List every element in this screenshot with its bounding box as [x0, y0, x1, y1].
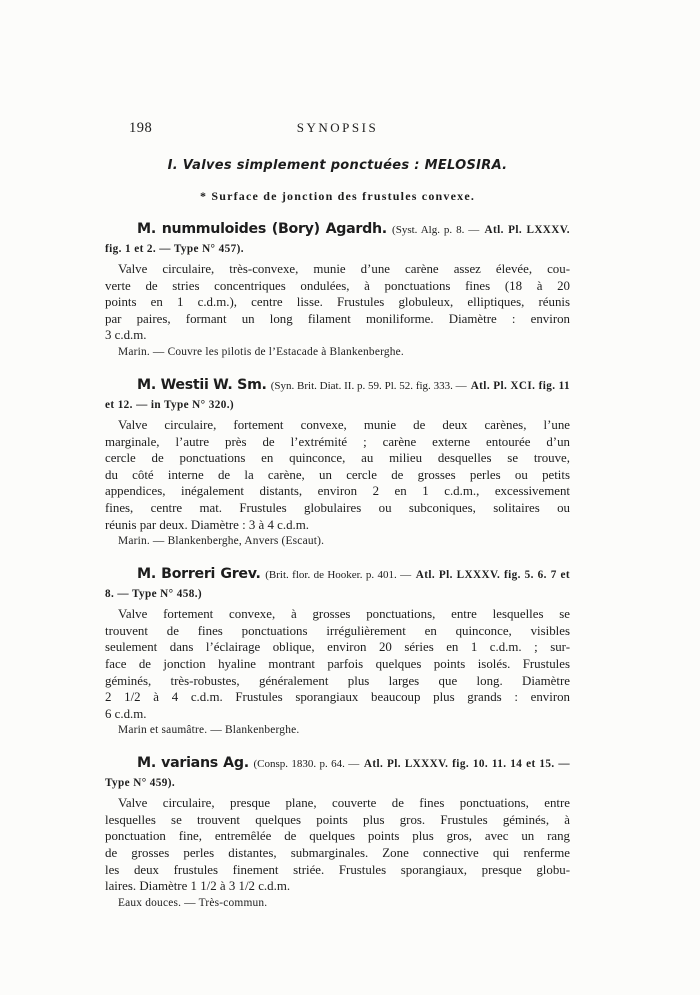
body-line: marginale, l’autre près de l’extrémité ;…	[105, 434, 570, 451]
species-entry: M. nummuloides (Bory) Agardh. (Syst. Alg…	[105, 220, 570, 360]
species-heading: M. nummuloides (Bory) Agardh. (Syst. Alg…	[105, 220, 570, 258]
section-subheading: * Surface de jonction des frustules conv…	[105, 189, 570, 204]
species-name: M. Borreri Grev.	[137, 566, 261, 582]
section-heading: I. Valves simplement ponctuées : MELOSIR…	[105, 158, 570, 173]
body-line: géminés, très-robustes, généralement plu…	[105, 673, 570, 690]
body-line: face de jonction hyaline montrant parfoi…	[105, 656, 570, 673]
running-title: SYNOPSIS	[105, 118, 570, 136]
species-name: M. Westii W. Sm.	[137, 377, 267, 393]
body-line: seulement dans l’éclairage oblique, envi…	[105, 639, 570, 656]
body-line: ponctuation fine, entremêlée de quelques…	[105, 828, 570, 845]
body-line: fines, centre mat. Frustules globulaires…	[105, 500, 570, 517]
body-line: réunis par deux. Diamètre : 3 à 4 c.d.m.	[105, 517, 570, 534]
page-header: 198 SYNOPSIS	[105, 118, 570, 138]
citation-regular: (Syst. Alg. p. 8. —	[392, 224, 479, 236]
body-line: appendices, inégalement distants, enviro…	[105, 483, 570, 500]
body-line: verte de stries concentriques ondulées, …	[105, 278, 570, 295]
habitat-note: Marin. — Blankenberghe, Anvers (Escaut).	[118, 534, 570, 549]
species-heading: M. varians Ag. (Consp. 1830. p. 64. — At…	[105, 754, 570, 792]
habitat-note: Marin. — Couvre les pilotis de l’Estacad…	[118, 345, 570, 360]
page-number: 198	[129, 120, 152, 137]
body-line: du côté interne de la carène, un cercle …	[105, 467, 570, 484]
species-entry: M. Borreri Grev. (Brit. flor. de Hooker.…	[105, 565, 570, 738]
body-line: 2 1/2 à 4 c.d.m. Frustules sporangiaux b…	[105, 689, 570, 706]
body-line: les deux frustules finement striée. Frus…	[105, 862, 570, 879]
species-entry: M. Westii W. Sm. (Syn. Brit. Diat. II. p…	[105, 376, 570, 549]
body-line: par paires, formant un long filament mon…	[105, 311, 570, 328]
species-entry: M. varians Ag. (Consp. 1830. p. 64. — At…	[105, 754, 570, 911]
body-line: points en 1 c.d.m.), centre lisse. Frust…	[105, 294, 570, 311]
text-block: 198 SYNOPSIS I. Valves simplement ponctu…	[105, 118, 570, 911]
book-page: 198 SYNOPSIS I. Valves simplement ponctu…	[0, 0, 700, 995]
body-line: Valve circulaire, fortement convexe, mun…	[105, 417, 570, 434]
habitat-note: Marin et saumâtre. — Blankenberghe.	[118, 723, 570, 738]
species-heading: M. Westii W. Sm. (Syn. Brit. Diat. II. p…	[105, 376, 570, 414]
body-line: cercle de ponctuations en quinconce, au …	[105, 450, 570, 467]
body-line: de grosses perles distantes, submarginal…	[105, 845, 570, 862]
species-name: M. varians Ag.	[137, 755, 249, 771]
habitat-note: Eaux douces. — Très-commun.	[118, 896, 570, 911]
body-line: Valve circulaire, très-convexe, munie d’…	[105, 261, 570, 278]
species-name: M. nummuloides (Bory) Agardh.	[137, 221, 387, 237]
species-heading: M. Borreri Grev. (Brit. flor. de Hooker.…	[105, 565, 570, 603]
body-line: Valve circulaire, presque plane, couvert…	[105, 795, 570, 812]
citation-regular: (Syn. Brit. Diat. II. p. 59. Pl. 52. fig…	[271, 380, 467, 392]
body-line: Valve fortement convexe, à grosses ponct…	[105, 606, 570, 623]
citation-regular: (Brit. flor. de Hooker. p. 401. —	[265, 569, 411, 581]
body-line: laires. Diamètre 1 1/2 à 3 1/2 c.d.m.	[105, 878, 570, 895]
body-line: 3 c.d.m.	[105, 327, 570, 344]
body-line: trouvent de fines ponctuations irréguliè…	[105, 623, 570, 640]
citation-regular: (Consp. 1830. p. 64. —	[253, 758, 359, 770]
body-line: 6 c.d.m.	[105, 706, 570, 723]
body-line: lesquelles se trouvent quelques points p…	[105, 812, 570, 829]
